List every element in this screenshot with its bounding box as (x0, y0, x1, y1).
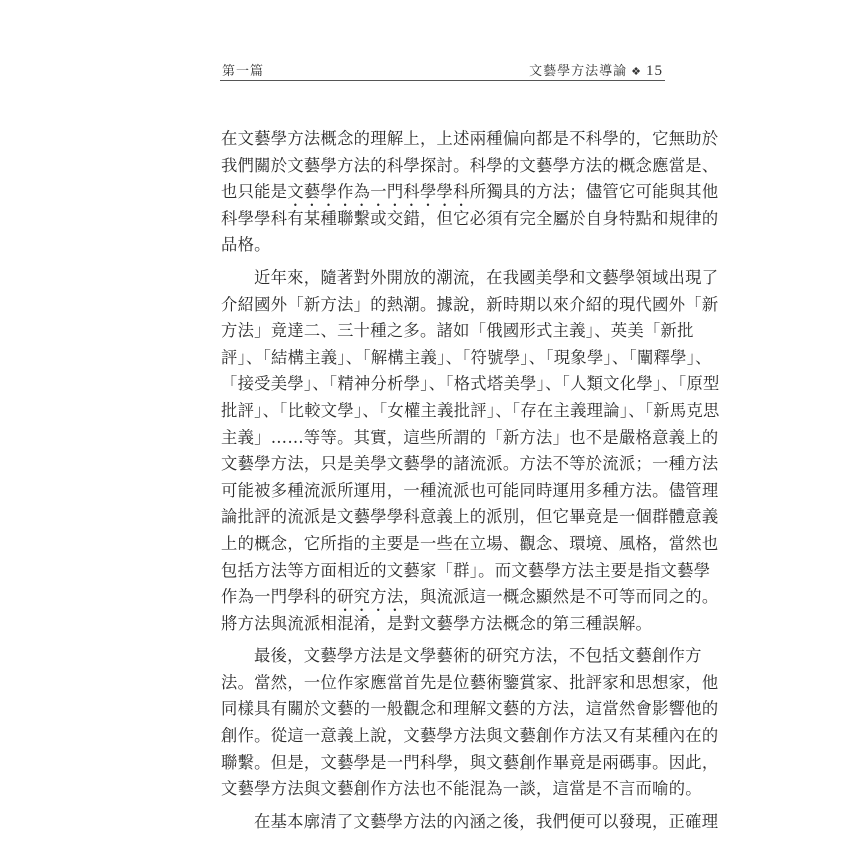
text-line: 介紹國外「新方法」的熱潮。據說，新時期以來介紹的現代國外「新 (221, 292, 667, 319)
text-run: 評」、「結構主義」、「解構主義」、「符號學」、「現象學」、「闡釋學」、 (221, 348, 712, 367)
paragraph: 在文藝學方法概念的理解上，上述兩種偏向都是不科學的，它無助於我們關於文藝學方法的… (221, 126, 667, 259)
text-line: 在基本廓清了文藝學方法的內涵之後，我們便可以發現，正確理 (221, 809, 667, 836)
text-run: 在文藝學方法概念的理解上，上述兩種偏向都是不科學的，它無助於 (221, 129, 718, 148)
text-line: 包括方法等方面相近的文藝家「群」。而文藝學方法主要是指文藝學 (221, 558, 667, 585)
text-run: 文藝學方法與文藝創作方法也不能混為一談，這當是不言而喻的。 (221, 779, 702, 798)
text-run: 「接受美學」、「精神分析學」、「格式塔美學」、「人類文化學」、「原型 (221, 374, 720, 393)
text-line: 同樣具有關於文藝的一般觀念和理解文藝的方法，這當然會影響他的 (221, 696, 667, 723)
emphasized-text: 研究方法 (337, 587, 403, 606)
text-run: 作為一門學科的 (221, 587, 337, 606)
text-line: 我們關於文藝學方法的科學探討。科學的文藝學方法的概念應當是、 (221, 153, 667, 180)
text-run: 批評」、「比較文學」、「女權主義批評」、「存在主義理論」、「新馬克思 (221, 401, 720, 420)
text-line: 法。當然，一位作家應當首先是位藝術鑒賞家、批評家和思想家，他 (221, 670, 667, 697)
text-run: 可能被多種流派所運用，一種流派也可能同時運用多種方法。儘管理 (221, 481, 718, 500)
text-line: 文藝學方法與文藝創作方法也不能混為一談，這當是不言而喻的。 (221, 776, 667, 803)
emphasized-text: 文藝學作為一門科學學科 (287, 182, 469, 201)
text-line: 論批評的流派是文藝學學科意義上的派別，但它畢竟是一個群體意義 (221, 504, 667, 531)
text-line: 將方法與流派相混淆，是對文藝學方法概念的第三種誤解。 (221, 611, 667, 638)
text-run: 法。當然，一位作家應當首先是位藝術鑒賞家、批評家和思想家，他 (221, 673, 718, 692)
paragraph: 在基本廓清了文藝學方法的內涵之後，我們便可以發現，正確理 (221, 809, 667, 836)
text-line: 近年來，隨著對外開放的潮流，在我國美學和文藝學領域出現了 (221, 265, 667, 292)
text-run: 最後，文藝學方法是文學藝術的研究方法，不包括文藝創作方 (254, 646, 702, 665)
text-line: 「接受美學」、「精神分析學」、「格式塔美學」、「人類文化學」、「原型 (221, 371, 667, 398)
text-run: 方法」竟達二、三十種之多。諸如「俄國形式主義」、英美「新批 (221, 321, 694, 340)
text-run: 我們關於文藝學方法的科學探討。科學的文藝學方法的概念應當是、 (221, 156, 718, 175)
text-line: 上的概念，它所指的主要是一些在立場、觀念、環境、風格，當然也 (221, 531, 667, 558)
text-run: 所獨具的方法；儘管它可能與其他 (470, 182, 719, 201)
text-line: 可能被多種流派所運用，一種流派也可能同時運用多種方法。儘管理 (221, 478, 667, 505)
page-number: 15 (646, 63, 663, 79)
text-run: 將方法與流派相混淆，是對文藝學方法概念的第三種誤解。 (221, 614, 652, 633)
text-line: 文藝學方法，只是美學文藝學的諸流派。方法不等於流派；一種方法 (221, 451, 667, 478)
text-run: 介紹國外「新方法」的熱潮。據說，新時期以來介紹的現代國外「新 (221, 295, 718, 314)
text-run: 在基本廓清了文藝學方法的內涵之後，我們便可以發現，正確理 (254, 812, 718, 831)
chapter-title: 文藝學方法導論 (529, 64, 627, 79)
text-run: 論批評的流派是文藝學學科意義上的派別，但它畢竟是一個群體意義 (221, 507, 718, 526)
text-line: 批評」、「比較文學」、「女權主義批評」、「存在主義理論」、「新馬克思 (221, 398, 667, 425)
text-run: 品格。 (221, 235, 271, 254)
text-line: 評」、「結構主義」、「解構主義」、「符號學」、「現象學」、「闡釋學」、 (221, 345, 667, 372)
text-run: 也只能是 (221, 182, 287, 201)
text-line: 科學學科有某種聯繫或交錯，但它必須有完全屬於自身特點和規律的 (221, 206, 667, 233)
text-run: ，與流派這一概念顯然是不可等而同之的。 (403, 587, 718, 606)
text-line: 品格。 (221, 232, 667, 259)
text-line: 創作。從這一意義上說，文藝學方法與文藝創作方法又有某種內在的 (221, 723, 667, 750)
text-run: 近年來，隨著對外開放的潮流，在我國美學和文藝學領域出現了 (254, 268, 718, 287)
text-line: 主義」……等等。其實，這些所謂的「新方法」也不是嚴格意義上的 (221, 425, 667, 452)
text-line: 也只能是文藝學作為一門科學學科所獨具的方法；儘管它可能與其他 (221, 179, 667, 206)
text-run: 科學學科有某種聯繫或交錯，但它必須有完全屬於自身特點和規律的 (221, 209, 718, 228)
text-run: 文藝學方法，只是美學文藝學的諸流派。方法不等於流派；一種方法 (221, 454, 718, 473)
chapter-header: 文藝學方法導論❖15 (529, 60, 663, 80)
ornament-icon: ❖ (631, 65, 642, 78)
body-text: 在文藝學方法概念的理解上，上述兩種偏向都是不科學的，它無助於我們關於文藝學方法的… (221, 126, 667, 835)
paragraph: 最後，文藝學方法是文學藝術的研究方法，不包括文藝創作方法。當然，一位作家應當首先… (221, 643, 667, 803)
text-line: 方法」竟達二、三十種之多。諸如「俄國形式主義」、英美「新批 (221, 318, 667, 345)
text-line: 在文藝學方法概念的理解上，上述兩種偏向都是不科學的，它無助於 (221, 126, 667, 153)
text-run: 創作。從這一意義上說，文藝學方法與文藝創作方法又有某種內在的 (221, 726, 718, 745)
text-line: 聯繫。但是，文藝學是一門科學，與文藝創作畢竟是兩碼事。因此， (221, 750, 667, 777)
running-header: 第一篇 文藝學方法導論❖15 (220, 58, 665, 81)
text-run: 包括方法等方面相近的文藝家「群」。而文藝學方法主要是指文藝學 (221, 561, 710, 580)
text-run: 上的概念，它所指的主要是一些在立場、觀念、環境、風格，當然也 (221, 534, 718, 553)
section-label: 第一篇 (222, 60, 264, 79)
text-run: 聯繫。但是，文藝學是一門科學，與文藝創作畢竟是兩碼事。因此， (221, 753, 718, 772)
text-run: 同樣具有關於文藝的一般觀念和理解文藝的方法，這當然會影響他的 (221, 699, 718, 718)
paragraph: 近年來，隨著對外開放的潮流，在我國美學和文藝學領域出現了介紹國外「新方法」的熱潮… (221, 265, 667, 637)
text-run: 主義」……等等。其實，這些所謂的「新方法」也不是嚴格意義上的 (221, 428, 718, 447)
text-line: 作為一門學科的研究方法，與流派這一概念顯然是不可等而同之的。 (221, 584, 667, 611)
text-line: 最後，文藝學方法是文學藝術的研究方法，不包括文藝創作方 (221, 643, 667, 670)
